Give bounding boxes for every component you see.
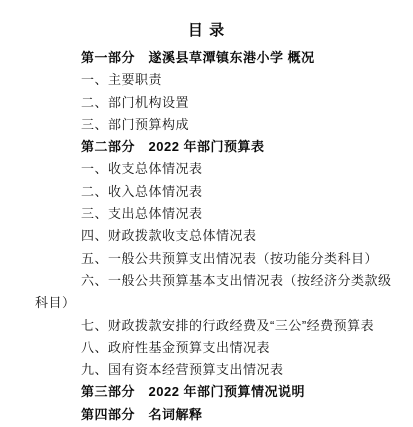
toc-entry: 三、支出总体情况表	[35, 203, 395, 225]
toc-entry: 五、一般公共预算支出情况表（按功能分类科目）	[35, 248, 395, 270]
toc-entry: 六、一般公共预算基本支出情况表（按经济分类款级科目）	[35, 270, 395, 315]
toc-entry: 二、收入总体情况表	[35, 181, 395, 203]
toc-entry: 三、部门预算构成	[35, 114, 395, 136]
toc-entry: 七、财政拨款安排的行政经费及“三公”经费预算表	[35, 315, 395, 337]
page-title: 目 录	[35, 20, 395, 42]
toc-section-heading: 第四部分 名词解释	[35, 404, 395, 426]
toc-entry: 八、政府性基金预算支出情况表	[35, 337, 395, 359]
toc-section-heading: 第二部分 2022 年部门预算表	[35, 136, 395, 158]
toc-entry: 九、国有资本经营预算支出情况表	[35, 359, 395, 381]
toc-entry: 二、部门机构设置	[35, 92, 395, 114]
toc-page: 目 录 第一部分 遂溪县草潭镇东港小学 概况一、主要职责二、部门机构设置三、部门…	[0, 0, 413, 427]
toc-section-heading: 第三部分 2022 年部门预算情况说明	[35, 381, 395, 403]
toc-list: 第一部分 遂溪县草潭镇东港小学 概况一、主要职责二、部门机构设置三、部门预算构成…	[35, 47, 395, 426]
toc-entry: 一、收支总体情况表	[35, 158, 395, 180]
toc-entry: 四、财政拨款收支总体情况表	[35, 225, 395, 247]
toc-section-heading: 第一部分 遂溪县草潭镇东港小学 概况	[35, 47, 395, 69]
toc-entry: 一、主要职责	[35, 69, 395, 91]
